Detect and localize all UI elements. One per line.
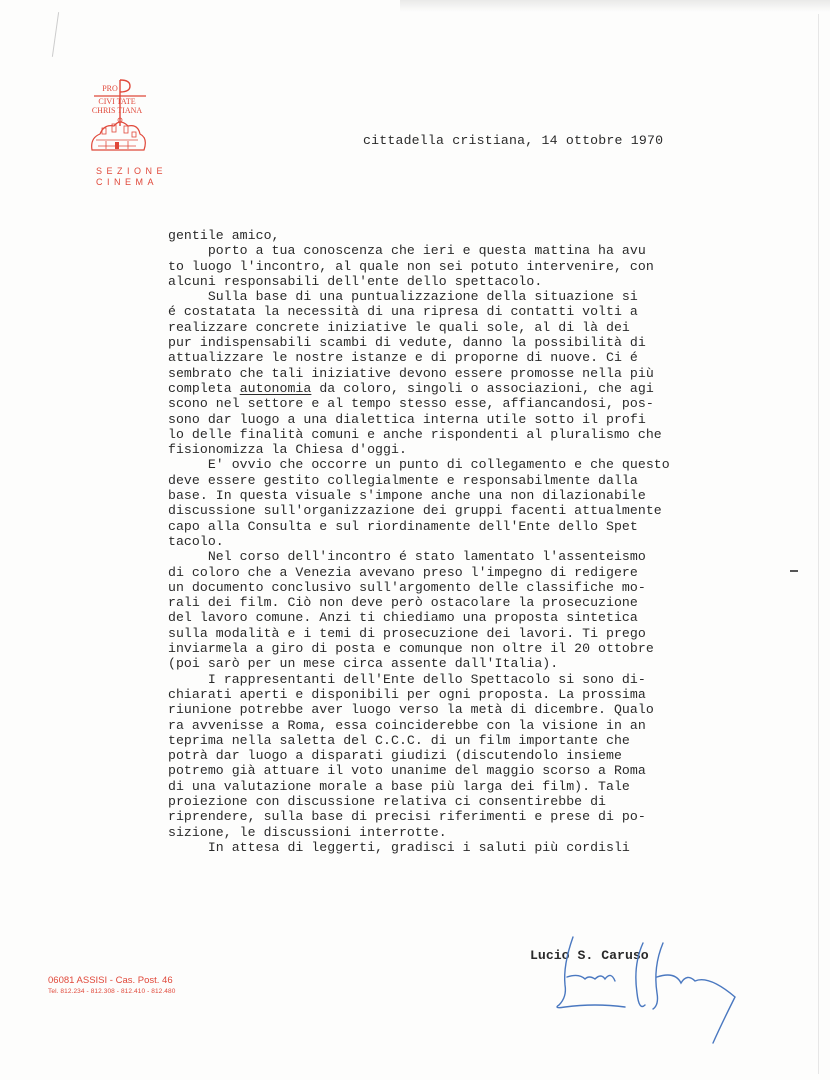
text-line: pur indispensabili scambi di vedute, dan… (168, 335, 728, 350)
text-line: di una valutazione morale a base più lar… (168, 779, 728, 794)
letter-body: gentile amico, porto a tua conoscenza ch… (168, 228, 728, 855)
text-line: sulla modalità e i temi di prosecuzione … (168, 626, 728, 641)
text-line: capo alla Consulta e sul riordinamente d… (168, 519, 728, 534)
footer-phones: Tel. 812.234 - 812.308 - 812.410 - 812.4… (48, 988, 175, 995)
text-line: sembrato che tali iniziative devono esse… (168, 366, 728, 381)
date-line: cittadella cristiana, 14 ottobre 1970 (363, 133, 663, 148)
text-line: completa autonomia da coloro, singoli o … (168, 381, 728, 396)
text-line: Sulla base di una puntualizzazione della… (168, 289, 728, 304)
svg-text:CHRIS TIANA: CHRIS TIANA (92, 106, 143, 115)
text-line: riunione potrebbe aver luogo verso la me… (168, 702, 728, 717)
text-line: scono nel settore e al tempo stesso esse… (168, 396, 728, 411)
text-line: sizione, le discussioni interrotte. (168, 825, 728, 840)
text-line: proiezione con discussione relativa ci c… (168, 794, 728, 809)
text-line: teprima nella saletta del C.C.C. di un f… (168, 733, 728, 748)
text-line: deve essere gestito collegialmente e res… (168, 473, 728, 488)
letter-page: PRO CIVI TATE CHRIS TIANA SEZIONE CINEMA… (0, 0, 830, 1080)
text-line: inviarmela a giro di posta e comunque no… (168, 641, 728, 656)
section-label: SEZIONE CINEMA (96, 166, 167, 188)
pencil-mark (52, 12, 59, 57)
text-line: potrà dar luogo a disparati giudizi (dis… (168, 748, 728, 763)
letterhead-logo: PRO CIVI TATE CHRIS TIANA (82, 78, 152, 166)
text-line: gentile amico, (168, 228, 728, 243)
page-edge (818, 14, 819, 1074)
text-line: fisionomizza la Chiesa d'oggi. (168, 442, 728, 457)
text-line: I rappresentanti dell'Ente dello Spettac… (168, 672, 728, 687)
svg-text:PRO: PRO (102, 84, 118, 93)
text-line: attualizzare le nostre istanze e di prop… (168, 350, 728, 365)
text-line: rali dei film. Ciò non deve però ostacol… (168, 595, 728, 610)
text-line: (poi sarò per un mese circa assente dall… (168, 656, 728, 671)
text-line: In attesa di leggerti, gradisci i saluti… (168, 840, 728, 855)
scan-shadow (400, 0, 830, 12)
underlined-word: autonomia (240, 381, 312, 396)
svg-text:CIVI TATE: CIVI TATE (98, 97, 135, 106)
text-line: discussione sull'organizzazione dei grup… (168, 503, 728, 518)
text-line: ra avvenisse a Roma, essa coinciderebbe … (168, 718, 728, 733)
text-line: Nel corso dell'incontro é stato lamentat… (168, 549, 728, 564)
text-line: riprendere, sulla base di precisi riferi… (168, 809, 728, 824)
text-line: base. In questa visuale s'impone anche u… (168, 488, 728, 503)
margin-mark (790, 570, 798, 572)
text-line: E' ovvio che occorre un punto di collega… (168, 457, 728, 472)
text-line: é costatata la necessità di una ripresa … (168, 304, 728, 319)
text-line: un documento conclusivo sull'argomento d… (168, 580, 728, 595)
text-line: tacolo. (168, 534, 728, 549)
text-line: potremo già attuare il voto unanime del … (168, 763, 728, 778)
handwritten-signature (545, 935, 765, 1045)
section-line: CINEMA (96, 177, 167, 188)
text-line: lo delle finalità comuni e anche rispond… (168, 427, 728, 442)
text-line: di coloro che a Venezia avevano preso l'… (168, 565, 728, 580)
text-line: sono dar luogo a una dialettica interna … (168, 412, 728, 427)
footer-address: 06081 ASSISI - Cas. Post. 46 (48, 975, 173, 986)
text-line: del lavoro comune. Anzi ti chiediamo una… (168, 610, 728, 625)
text-line: chiarati aperti e disponibili per ogni p… (168, 687, 728, 702)
text-line: alcuni responsabili dell'ente dello spet… (168, 274, 728, 289)
text-line: realizzare concrete iniziative le quali … (168, 320, 728, 335)
text-line: porto a tua conoscenza che ieri e questa… (168, 243, 728, 258)
section-line: SEZIONE (96, 166, 167, 177)
cross-citadel-icon: PRO CIVI TATE CHRIS TIANA (82, 78, 152, 166)
text-line: to luogo l'incontro, al quale non sei po… (168, 259, 728, 274)
